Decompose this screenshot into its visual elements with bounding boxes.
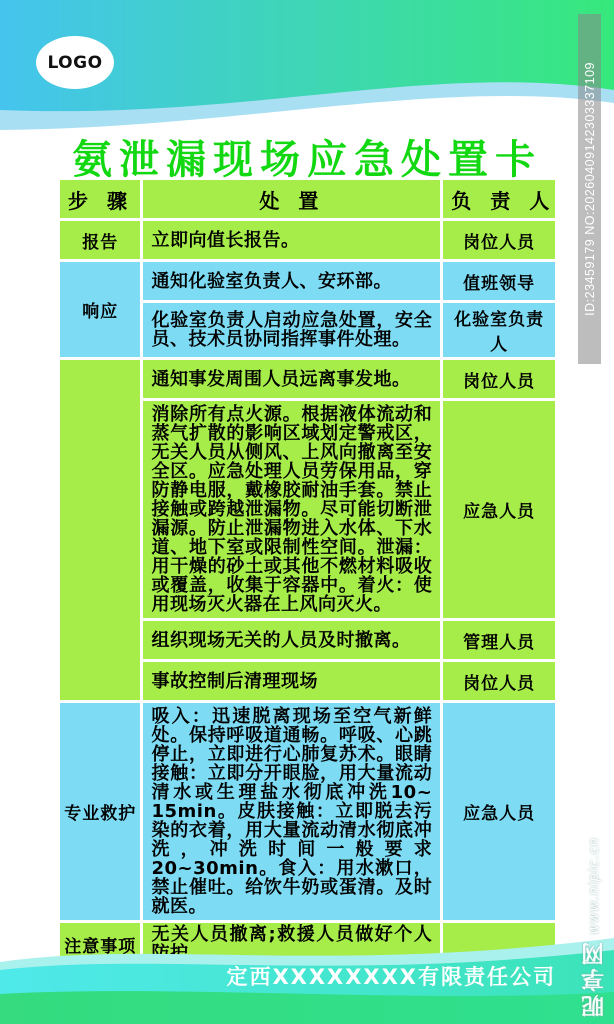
action-cell-long: 吸入：迅速脱离现场至空气新鲜处。保持呼吸道通畅。呼吸、心跳停止，立即进行心肺复苏… — [143, 703, 440, 920]
step-cell-report: 报告 — [60, 221, 140, 259]
emergency-response-card: LOGO 氨泄漏现场应急处置卡 步 骤 处 置 负 责 人 报告 立即向值长报告… — [0, 0, 614, 1024]
table-row: 专业救护 吸入：迅速脱离现场至空气新鲜处。保持呼吸道通畅。呼吸、心跳停止，立即进… — [60, 703, 555, 920]
table-row: 报告 立即向值长报告。 岗位人员 — [60, 221, 555, 259]
owner-cell: 岗位人员 — [443, 360, 555, 398]
action-cell: 通知化验室负责人、安环部。 — [143, 262, 440, 300]
header-step: 步 骤 — [60, 180, 140, 218]
step-cell-rescue: 专业救护 — [60, 703, 140, 920]
action-cell: 立即向值长报告。 — [143, 221, 440, 259]
company-name: 定西XXXXXXXX有限责任公司 — [226, 961, 556, 991]
logo: LOGO — [36, 36, 114, 89]
owner-cell: 应急人员 — [443, 703, 555, 920]
header-owner: 负 责 人 — [443, 180, 555, 218]
watermark-site-url: www.nipic.cn — [587, 837, 602, 935]
table-row: 响应 通知化验室负责人、安环部。 值班领导 — [60, 262, 555, 300]
owner-cell: 化验室负责人 — [443, 303, 555, 357]
owner-cell: 管理人员 — [443, 621, 555, 659]
watermark-site: 昵享网 www.nipic.cn — [578, 618, 611, 1018]
logo-text: LOGO — [47, 53, 102, 73]
header-action: 处 置 — [143, 180, 440, 218]
action-cell: 通知事发周围人员远离事发地。 — [143, 360, 440, 398]
step-cell-response: 响应 — [60, 262, 140, 357]
owner-cell: 应急人员 — [443, 401, 555, 618]
owner-cell: 岗位人员 — [443, 662, 555, 700]
watermark-site-stack: 昵享网 www.nipic.cn — [578, 837, 611, 1018]
response-table: 步 骤 处 置 负 责 人 报告 立即向值长报告。 岗位人员 响应 通知化验室负… — [57, 177, 558, 968]
watermark-id-text: ID:23459179 NO:20260409142303337109 — [583, 62, 597, 316]
table-header-row: 步 骤 处 置 负 责 人 — [60, 180, 555, 218]
action-cell: 事故控制后清理现场 — [143, 662, 440, 700]
action-cell-long: 消除所有点火源。根据液体流动和蒸气扩散的影响区域划定警戒区，无关人员从侧风、上风… — [143, 401, 440, 618]
owner-cell: 岗位人员 — [443, 221, 555, 259]
watermark-id-strip: ID:23459179 NO:20260409142303337109 — [578, 14, 601, 364]
action-cell: 组织现场无关的人员及时撤离。 — [143, 621, 440, 659]
action-cell: 化验室负责人启动应急处置，安全员、技术员协同指挥事件处理。 — [143, 303, 440, 357]
watermark-site-name: 昵享网 — [582, 940, 608, 1018]
bottom-wave-green — [0, 991, 614, 1024]
table-row: 通知事发周围人员远离事发地。 岗位人员 — [60, 360, 555, 398]
owner-cell: 值班领导 — [443, 262, 555, 300]
step-cell-disposal — [60, 360, 140, 700]
